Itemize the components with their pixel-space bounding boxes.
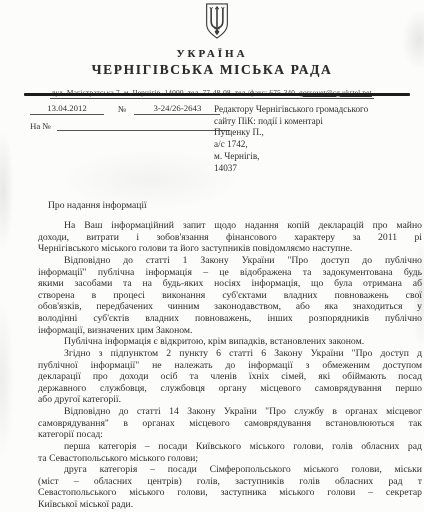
body-line: володінні суб'єктів владних повноважень,…	[38, 313, 422, 325]
number-sign-label: №	[118, 104, 126, 114]
body-line: Публічна інформація є відкритою, крім ви…	[38, 336, 422, 348]
body-line: Згідно з підпунктом 2 пункту 6 статті 6 …	[38, 348, 422, 360]
body-line: друга категорія – посади Сімферопольсько…	[38, 464, 422, 476]
body-line: якими засобами та на будь-яких носіях ін…	[38, 278, 422, 290]
body-line: Відповідно до статті 1 Закону України "П…	[38, 255, 422, 267]
scanned-letter-page: УКРАЇНА ЧЕРНІГІВСЬКА МІСЬКА РАДА вул. Ма…	[0, 0, 424, 512]
letter-number: 3-24/26-2643	[134, 103, 220, 115]
paragraph: Відповідно до статті 14 Закону України "…	[38, 406, 422, 441]
paragraph: Публічна інформація є відкритою, крім ви…	[38, 336, 422, 348]
body-line: публічної інформації" не належать до інф…	[38, 360, 422, 372]
body-line: або другої категорії.	[38, 394, 422, 406]
body-line: обов'язків, передбачених чинним законода…	[38, 301, 422, 313]
body-line: Чернігівського міського голови та його з…	[38, 243, 422, 255]
body-line: декларації про доходи осіб та членів їхн…	[38, 371, 422, 383]
body-line: державного службовця, службовця органу м…	[38, 383, 422, 395]
scan-artifact	[0, 300, 14, 460]
country-name: УКРАЇНА	[0, 48, 424, 60]
paragraph: Згідно з підпунктом 2 пункту 6 статті 6 …	[38, 348, 422, 406]
body-line: доходи, витрати і зобов'язання фінансово…	[38, 232, 422, 244]
organization-name: ЧЕРНІГІВСЬКА МІСЬКА РАДА	[0, 62, 424, 78]
body-line: створена в процесі виконання суб'єктами …	[38, 290, 422, 302]
scan-artifact	[0, 130, 14, 250]
scan-artifact	[402, 10, 424, 70]
body-line: категорії посад:	[38, 429, 422, 441]
paragraph: На Ваш інформаційний запит щодо надання …	[38, 220, 422, 255]
body-line: Київської міської ради.	[38, 499, 422, 511]
body-line: (міст – обласних центрів) голів, заступн…	[38, 476, 422, 488]
letter-date: 13.04.2012	[30, 103, 104, 115]
letter-body: На Ваш інформаційний запит щодо надання …	[38, 220, 422, 511]
body-line: самоврядування" в органах місцевого само…	[38, 418, 422, 430]
body-line: та Севастопольського міського голови;	[38, 453, 422, 465]
reply-to-label: На №	[30, 121, 51, 131]
subject-line: Про надання інформації	[48, 200, 147, 211]
paragraph: друга категорія – посади Сімферопольсько…	[38, 464, 422, 511]
recipient-line: сайту ПіК: події і коментарі	[214, 116, 420, 128]
body-line: Севастопольського міського голови, засту…	[38, 487, 422, 499]
address-line-wrap: вул. Магістратська,7, м. Чернігів, 14000…	[0, 82, 424, 100]
recipient-line: м. Чернігів,	[214, 151, 420, 163]
paragraph: перша категорія – посади Київського місь…	[38, 441, 422, 464]
header-rule	[24, 93, 410, 96]
reply-number-blank-line	[57, 120, 230, 131]
recipient-line: а/с 1742,	[214, 139, 420, 151]
paragraph: Відповідно до статті 1 Закону України "П…	[38, 255, 422, 336]
body-line: інформації, визначених цим Законом.	[38, 325, 422, 337]
recipient-line: 14037	[214, 163, 420, 175]
ukraine-trident-emblem	[203, 3, 231, 39]
body-line: Відповідно до статті 14 Закону України "…	[38, 406, 422, 418]
recipient-block: Редактору Чернігівського громадського са…	[214, 104, 420, 174]
body-line: інформації" публічна інформація – це від…	[38, 267, 422, 279]
body-line: На Ваш інформаційний запит щодо надання …	[38, 220, 422, 232]
body-line: перша категорія – посади Київського місь…	[38, 441, 422, 453]
reference-block: 13.04.2012 № 3-24/26-2643 На №	[30, 103, 230, 131]
recipient-line: Редактору Чернігівського громадського	[214, 104, 420, 116]
recipient-line: Пущенку П.,	[214, 127, 420, 139]
